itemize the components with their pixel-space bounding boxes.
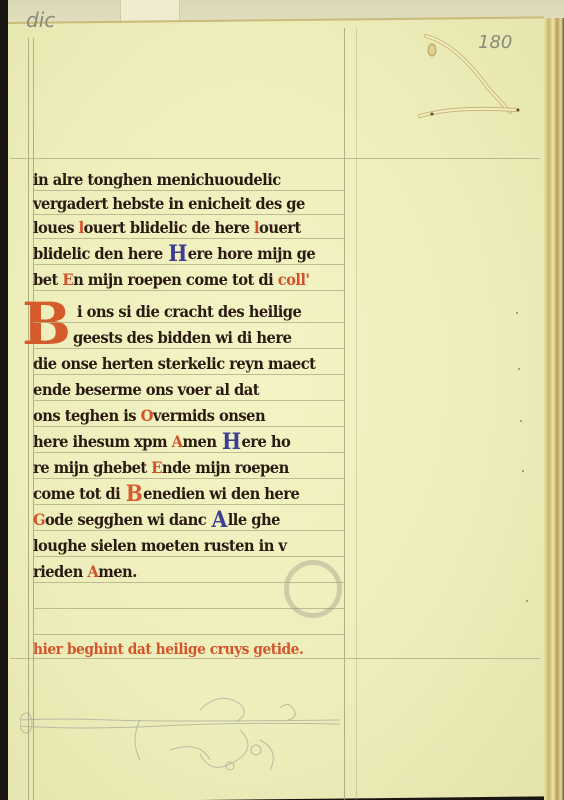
text-run: rieden (33, 562, 87, 581)
ruling-bottom (10, 658, 540, 659)
pricking (518, 368, 520, 370)
text-run: ouert blidelic de here (84, 218, 254, 237)
ruling-line (33, 290, 344, 291)
ghost-letter (284, 560, 342, 618)
text-line: here ihesum xpm Amen Here ho (33, 432, 290, 454)
text-line: vergadert hebste in enicheit des ge (33, 194, 305, 216)
ruling-line (33, 478, 344, 479)
text-run: re mijn ghebet (33, 458, 151, 477)
ruling-line (33, 634, 344, 635)
ruling-line (33, 238, 344, 239)
ruling-right (344, 28, 345, 800)
ruling-left-outer (28, 38, 29, 800)
text-run: n mijn roepen come tot di (73, 270, 278, 289)
pointer-sketch-icon (418, 30, 528, 120)
text-run: here ihesum xpm (33, 432, 172, 451)
pricking (516, 312, 518, 314)
text-run: men (182, 432, 221, 451)
text-run: ende beserme ons voer al dat (33, 380, 259, 399)
ruling-line (33, 530, 344, 531)
ruling-line (33, 374, 344, 375)
text-run: lle ghe (228, 510, 280, 529)
page-edge (544, 18, 564, 800)
text-line: re mijn ghebet Ende mijn roepen (33, 458, 289, 480)
text-line: blidelic den here Here hore mijn ge (33, 244, 315, 266)
text-line: loues louert blidelic de here louert (33, 218, 301, 240)
rubricated-letter: E (151, 458, 162, 477)
pricking (520, 420, 522, 422)
red-initial: B (126, 486, 143, 502)
text-run: men. (98, 562, 137, 581)
text-run: vermids onsen (153, 406, 265, 425)
foliate-sketch-icon (20, 690, 340, 800)
blue-initial: H (168, 246, 187, 262)
text-line: rieden Amen. (33, 562, 137, 584)
rubric-heading: hier beghint dat heilige cruys getide. (33, 640, 303, 658)
text-run: ode segghen wi danc (45, 510, 211, 529)
blue-initial: H (222, 434, 241, 450)
text-line: die onse herten sterkelic reyn maect (33, 354, 315, 376)
ruling-line (33, 190, 344, 191)
text-run: i ons si die cracht des heilige (77, 302, 301, 321)
text-line: ons teghen is Overmids onsen (33, 406, 265, 428)
text-run: loues (33, 218, 79, 237)
rubricated-letter: E (62, 270, 73, 289)
text-run: ere ho (241, 432, 290, 451)
rubricated-letter: A (172, 432, 183, 451)
ruling-line (33, 426, 344, 427)
pricking (526, 600, 528, 602)
ruling-line (33, 214, 344, 215)
text-run: come tot di (33, 484, 125, 503)
text-run: bet (33, 270, 62, 289)
ruling-line (33, 556, 344, 557)
text-run: in alre tonghen menichuoudelic (33, 170, 281, 189)
text-line: ende beserme ons voer al dat (33, 380, 259, 402)
text-run: nde mijn roepen (162, 458, 289, 477)
rubricated-letter: coll' (278, 270, 310, 289)
text-line: i ons si die cracht des heilige (77, 302, 301, 324)
ruling-right-margin (356, 28, 357, 800)
ruling-line (33, 322, 344, 323)
text-run: die onse herten sterkelic reyn maect (33, 354, 315, 373)
text-line: geests des bidden wi di here (73, 328, 291, 350)
text-run: geests des bidden wi di here (73, 328, 291, 347)
ruling-line (33, 348, 344, 349)
text-run: ere hore mijn ge (188, 244, 316, 263)
text-run: blidelic den here (33, 244, 167, 263)
text-run: loughe sielen moeten rusten in v (33, 536, 286, 555)
ruling-line (33, 264, 344, 265)
text-run: enedien wi den here (143, 484, 299, 503)
text-run: ons teghen is (33, 406, 141, 425)
text-run: vergadert hebste in enicheit des ge (33, 194, 305, 213)
decorated-initial: B (22, 296, 66, 352)
text-line: come tot di Benedien wi den here (33, 484, 299, 506)
pencil-annotation: dic (26, 8, 55, 32)
text-line: in alre tonghen menichuoudelic (33, 170, 281, 192)
rubricated-letter: A (87, 562, 98, 581)
ruling-top (10, 158, 540, 159)
ruling-line (33, 582, 344, 583)
text-line: Gode segghen wi danc Alle ghe (33, 510, 280, 532)
ruling-line (33, 504, 344, 505)
ruling-line (33, 452, 344, 453)
blue-initial: A (212, 512, 227, 528)
ruling-line (33, 400, 344, 401)
text-line: bet En mijn roepen come tot di coll' (33, 270, 309, 292)
text-line: loughe sielen moeten rusten in v (33, 536, 286, 558)
rubricated-letter: G (33, 510, 45, 529)
pricking (522, 470, 524, 472)
rubricated-letter: O (141, 406, 153, 425)
text-run: ouert (259, 218, 301, 237)
